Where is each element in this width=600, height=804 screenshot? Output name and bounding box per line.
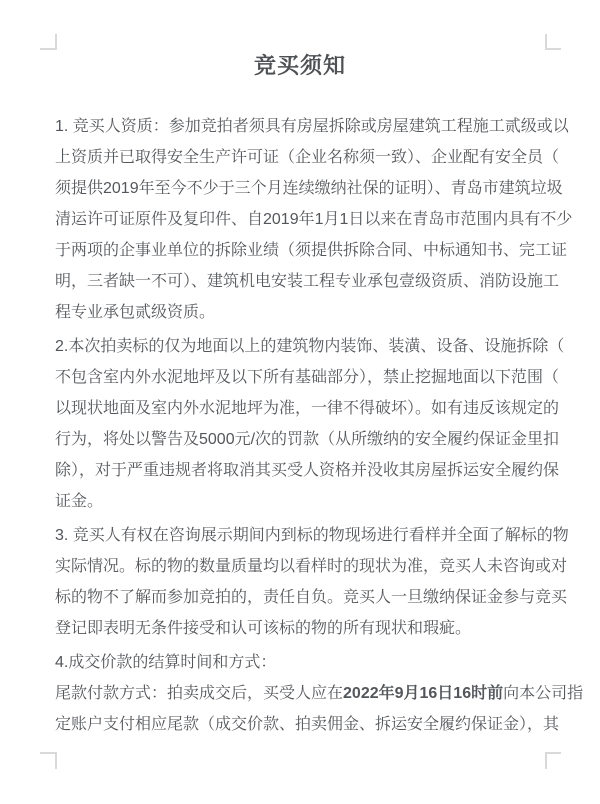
text-line: 明，三者缺一不可）、建筑机电安装工程专业承包壹级资质、消防设施工 (55, 266, 545, 297)
text-segment: 向本公司指 (503, 685, 583, 702)
crop-mark-bottom-left (40, 752, 57, 769)
text-segment: 上资质并已取得安全生产许可证（企业名称须一致）、企业配有安全员（ (55, 149, 559, 166)
text-segment: 于两项的企事业单位的拆除业绩（须提供拆除合同、中标通知书、完工证 (55, 242, 567, 259)
paragraph: 1. 竞买人资质：参加竞拍者须具有房屋拆除或房屋建筑工程施工贰级或以上资质并已取… (55, 111, 545, 328)
paragraph: 2.本次拍卖标的仅为地面以上的建筑物内装饰、装潢、设备、设施拆除（不包含室内外水… (55, 331, 545, 517)
document-page: 竞买须知 1. 竞买人资质：参加竞拍者须具有房屋拆除或房屋建筑工程施工贰级或以上… (0, 0, 600, 804)
text-line: 4.成交价款的结算时间和方式： (55, 647, 545, 678)
text-line: 尾款付款方式：拍卖成交后，买受人应在2022年9月16日16时前向本公司指 (55, 678, 545, 709)
text-line: 于两项的企事业单位的拆除业绩（须提供拆除合同、中标通知书、完工证 (55, 235, 545, 266)
text-segment: 1. 竞买人资质：参加竞拍者须具有房屋拆除或房屋建筑工程施工贰级或以 (55, 118, 569, 135)
text-line: 除），对于严重违规者将取消其买受人资格并没收其房屋拆运安全履约保 (55, 455, 545, 486)
crop-mark-top-left (40, 34, 57, 50)
text-line: 以现状地面及室内外水泥地坪为准，一律不得破坏）。如有违反该规定的 (55, 393, 545, 424)
text-line: 3. 竞买人有权在咨询展示期间内到标的物现场进行看样并全面了解标的物 (55, 520, 545, 551)
text-line: 须提供2019年至今不少于三个月连续缴纳社保的证明）、青岛市建筑垃圾 (55, 173, 545, 204)
document-body: 1. 竞买人资质：参加竞拍者须具有房屋拆除或房屋建筑工程施工贰级或以上资质并已取… (55, 111, 545, 743)
text-segment: 行为，将处以警告及5000元/次的罚款（从所缴纳的安全履约保证金里扣 (55, 431, 559, 448)
text-segment: 2.本次拍卖标的仅为地面以上的建筑物内装饰、装潢、设备、设施拆除（ (55, 338, 564, 355)
text-line: 标的物不了解而参加竞拍的，责任自负。竞买人一旦缴纳保证金参与竞买 (55, 582, 545, 613)
text-segment: 实际情况。标的物的数量质量均以看样时的现状为准，竞买人未咨询或对 (55, 558, 567, 575)
bold-text: 2022年9月16日16时前 (343, 685, 503, 702)
text-line: 登记即表明无条件接受和认可该标的物的所有现状和瑕疵。 (55, 613, 545, 644)
text-line: 实际情况。标的物的数量质量均以看样时的现状为准，竞买人未咨询或对 (55, 551, 545, 582)
text-line: 定账户支付相应尾款（成交价款、拍卖佣金、拆运安全履约保证金），其 (55, 709, 545, 740)
text-segment: 以现状地面及室内外水泥地坪为准，一律不得破坏）。如有违反该规定的 (55, 400, 559, 417)
text-line: 证金。 (55, 486, 545, 517)
text-line: 1. 竞买人资质：参加竞拍者须具有房屋拆除或房屋建筑工程施工贰级或以 (55, 111, 545, 142)
text-segment: 定账户支付相应尾款（成交价款、拍卖佣金、拆运安全履约保证金），其 (55, 716, 559, 733)
crop-mark-bottom-right (545, 752, 561, 769)
text-segment: 清运许可证原件及复印件、自2019年1月1日以来在青岛市范围内具有不少 (55, 211, 572, 228)
text-line: 行为，将处以警告及5000元/次的罚款（从所缴纳的安全履约保证金里扣 (55, 424, 545, 455)
text-segment: 不包含室内外水泥地坪及以下所有基础部分），禁止挖掘地面以下范围（ (55, 369, 559, 386)
text-segment: 明，三者缺一不可）、建筑机电安装工程专业承包壹级资质、消防设施工 (55, 273, 559, 290)
text-line: 清运许可证原件及复印件、自2019年1月1日以来在青岛市范围内具有不少 (55, 204, 545, 235)
text-line: 程专业承包贰级资质。 (55, 297, 545, 328)
text-segment: 4.成交价款的结算时间和方式： (55, 654, 276, 671)
paragraph: 3. 竞买人有权在咨询展示期间内到标的物现场进行看样并全面了解标的物实际情况。标… (55, 520, 545, 644)
text-segment: 登记即表明无条件接受和认可该标的物的所有现状和瑕疵。 (55, 620, 471, 637)
text-line: 不包含室内外水泥地坪及以下所有基础部分），禁止挖掘地面以下范围（ (55, 362, 545, 393)
text-line: 2.本次拍卖标的仅为地面以上的建筑物内装饰、装潢、设备、设施拆除（ (55, 331, 545, 362)
text-line: 上资质并已取得安全生产许可证（企业名称须一致）、企业配有安全员（ (55, 142, 545, 173)
text-segment: 须提供2019年至今不少于三个月连续缴纳社保的证明）、青岛市建筑垃圾 (55, 180, 563, 197)
text-segment: 除），对于严重违规者将取消其买受人资格并没收其房屋拆运安全履约保 (55, 462, 559, 479)
paragraph: 4.成交价款的结算时间和方式：尾款付款方式：拍卖成交后，买受人应在2022年9月… (55, 647, 545, 740)
text-segment: 尾款付款方式：拍卖成交后，买受人应在 (55, 685, 343, 702)
text-segment: 标的物不了解而参加竞拍的，责任自负。竞买人一旦缴纳保证金参与竞买 (55, 589, 567, 606)
text-segment: 3. 竞买人有权在咨询展示期间内到标的物现场进行看样并全面了解标的物 (55, 527, 569, 544)
text-segment: 证金。 (55, 493, 103, 510)
page-title: 竞买须知 (0, 51, 600, 81)
text-segment: 程专业承包贰级资质。 (55, 304, 215, 321)
crop-mark-top-right (545, 34, 561, 50)
